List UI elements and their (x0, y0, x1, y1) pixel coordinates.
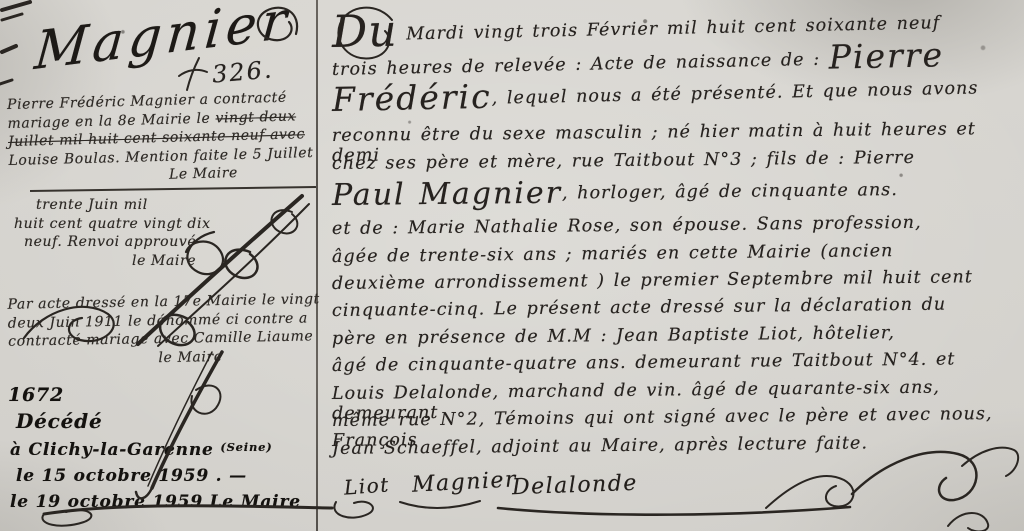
mayor-paraph-loop (225, 250, 257, 278)
edge-mark (2, 2, 30, 10)
adjoint-signature-paraph (948, 513, 988, 531)
signature-liot: Liot (343, 472, 390, 499)
mention-line: Décédé (16, 408, 301, 434)
renvoi-note: trente Juin mil huit cent quatre vingt d… (14, 196, 211, 270)
act-text: , horloger, âgé de cinquante ans. (562, 180, 898, 204)
mention-signoff: le Maire (132, 252, 211, 271)
act-line-7: et de : Marie Nathalie Rose, son épouse.… (332, 213, 922, 239)
child-middle-name: Frédéric (332, 77, 492, 119)
act-line-8: âgée de trente-six ans ; mariés en cette… (332, 241, 894, 267)
father-name: Paul Magnier (332, 176, 562, 213)
act-line-12: âgé de cinquante-quatre ans. demeurant r… (332, 349, 956, 376)
mention-line: à Clichy-la-Garenne (Seine) (10, 434, 301, 463)
margin-separator-stroke (30, 186, 316, 192)
adjoint-signature-flourish (766, 476, 853, 508)
mention-line: neuf. Renvoi approuvé (24, 233, 211, 252)
mention-signoff: Le Maire (169, 162, 314, 184)
act-line-11: père en présence de M.M : Jean Baptiste … (332, 323, 895, 349)
column-divider-rule (316, 0, 318, 531)
act-line-15: Jean Schaeffel, adjoint au Maire, après … (332, 433, 868, 459)
magnier-signature-underline (400, 501, 480, 508)
act-line-2: trois heures de relevée : Acte de naissa… (332, 47, 945, 80)
mention-line: trente Juin mil (36, 196, 211, 215)
act-line-9: deuxième arrondissement ) le premier Sep… (332, 267, 973, 294)
edge-mark (2, 14, 22, 20)
mention-text-struck: vingt deux (215, 108, 296, 126)
act-line-10: cinquante-cinq. Le présent acte dressé s… (332, 295, 946, 321)
signature-magnier: Magnier (411, 467, 517, 497)
signature-delalonde: Delalonde (512, 471, 639, 500)
delalonde-signature-underline (498, 507, 850, 515)
marriage-mention-1869: Pierre Frédéric Magnier a contracté mari… (7, 88, 314, 188)
mention-line: huit cent quatre vingt dix (14, 215, 211, 234)
ornate-initial: Du (331, 6, 398, 58)
act-text: trois heures de relevée : Acte de naissa… (332, 50, 829, 80)
marriage-mention-1911: Par acte dressé en la 17e Mairie le ving… (7, 290, 321, 369)
mention-text: à Clichy-la-Garenne (10, 440, 214, 460)
act-number: 326. (211, 55, 275, 88)
mention-line: le 19 octobre 1959 Le Maire (10, 489, 301, 515)
act-line-6: Paul Magnier, horloger, âgé de cinquante… (332, 180, 898, 206)
act-line-3: Frédéric, lequel nous a été présenté. Et… (332, 78, 979, 112)
adjoint-signature-flourish (852, 452, 976, 500)
mention-line: le 15 octobre 1959 . — (16, 463, 301, 489)
scanned-register-page: Magnier 326. Pierre Frédéric Magnier a c… (0, 0, 1024, 531)
liot-signature-paraph (334, 502, 373, 518)
death-mention-number: 1672 (8, 384, 64, 406)
act-text: , lequel nous a été présenté. Et que nou… (491, 78, 978, 108)
mention-text: (Seine) (220, 440, 272, 454)
death-mention-1959: Décédé à Clichy-la-Garenne (Seine) le 15… (10, 408, 301, 515)
mention-signoff: le Maire (158, 346, 321, 367)
child-first-name: Pierre (828, 35, 944, 76)
adjoint-signature-flourish (962, 448, 1018, 476)
edge-mark (2, 46, 16, 52)
mayor-paraph-loop (271, 210, 297, 233)
edge-mark (0, 80, 12, 84)
